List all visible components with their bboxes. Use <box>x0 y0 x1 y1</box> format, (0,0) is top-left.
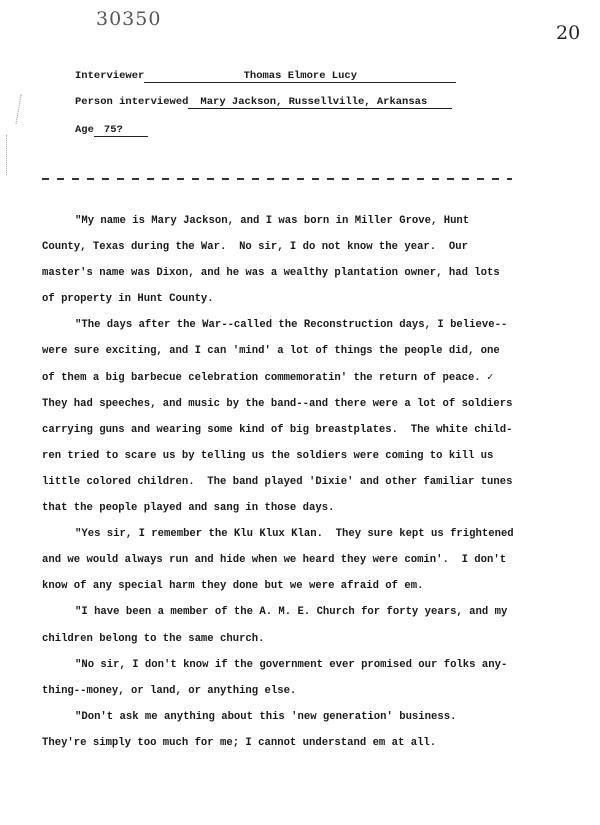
transcript-line: thing--money, or land, or anything else. <box>42 678 522 704</box>
transcript-line: master's name was Dixon, and he was a we… <box>42 260 522 286</box>
age-row: Age75? <box>75 124 148 137</box>
interview-transcript: "My name is Mary Jackson, and I was born… <box>42 208 522 756</box>
transcript-line: that the people played and sang in those… <box>42 495 522 521</box>
transcript-line: ren tried to scare us by telling us the … <box>42 443 522 469</box>
stamp-number: 30350 <box>96 8 161 30</box>
transcript-line: little colored children. The band played… <box>42 469 522 495</box>
age-value: 75? <box>94 124 148 137</box>
paragraph-first-line: "Yes sir, I remember the Klu Klux Klan. … <box>42 521 522 547</box>
person-interviewed-value: Mary Jackson, Russellville, Arkansas <box>188 96 452 109</box>
person-interviewed-row: Person interviewedMary Jackson, Russellv… <box>75 96 452 109</box>
paragraph-first-line: "Don't ask me anything about this 'new g… <box>42 704 522 730</box>
paragraph-first-line: "I have been a member of the A. M. E. Ch… <box>42 599 522 625</box>
margin-pencil-mark <box>15 94 31 125</box>
paragraph-first-line: "No sir, I don't know if the government … <box>42 652 522 678</box>
transcript-line: and we would always run and hide when we… <box>42 547 522 573</box>
transcript-line: They're simply too much for me; I cannot… <box>42 730 522 756</box>
transcript-line: of property in Hunt County. <box>42 286 522 312</box>
transcript-line: County, Texas during the War. No sir, I … <box>42 234 522 260</box>
interviewer-row: InterviewerThomas Elmore Lucy <box>75 70 456 83</box>
dashed-separator <box>42 178 512 180</box>
transcript-line: of them a big barbecue celebration comme… <box>42 365 522 391</box>
transcript-line: They had speeches, and music by the band… <box>42 391 522 417</box>
person-interviewed-label: Person interviewed <box>75 96 188 108</box>
transcript-line: were sure exciting, and I can 'mind' a l… <box>42 338 522 364</box>
transcript-line: carrying guns and wearing some kind of b… <box>42 417 522 443</box>
paragraph-first-line: "My name is Mary Jackson, and I was born… <box>42 208 522 234</box>
page-number: 20 <box>556 22 580 44</box>
paragraph-first-line: "The days after the War--called the Reco… <box>42 312 522 338</box>
interviewer-value: Thomas Elmore Lucy <box>144 70 456 83</box>
transcript-line: know of any special harm they done but w… <box>42 573 522 599</box>
transcript-line: children belong to the same church. <box>42 626 522 652</box>
age-label: Age <box>75 124 94 136</box>
margin-pencil-mark <box>6 135 15 175</box>
interviewer-label: Interviewer <box>75 70 144 82</box>
